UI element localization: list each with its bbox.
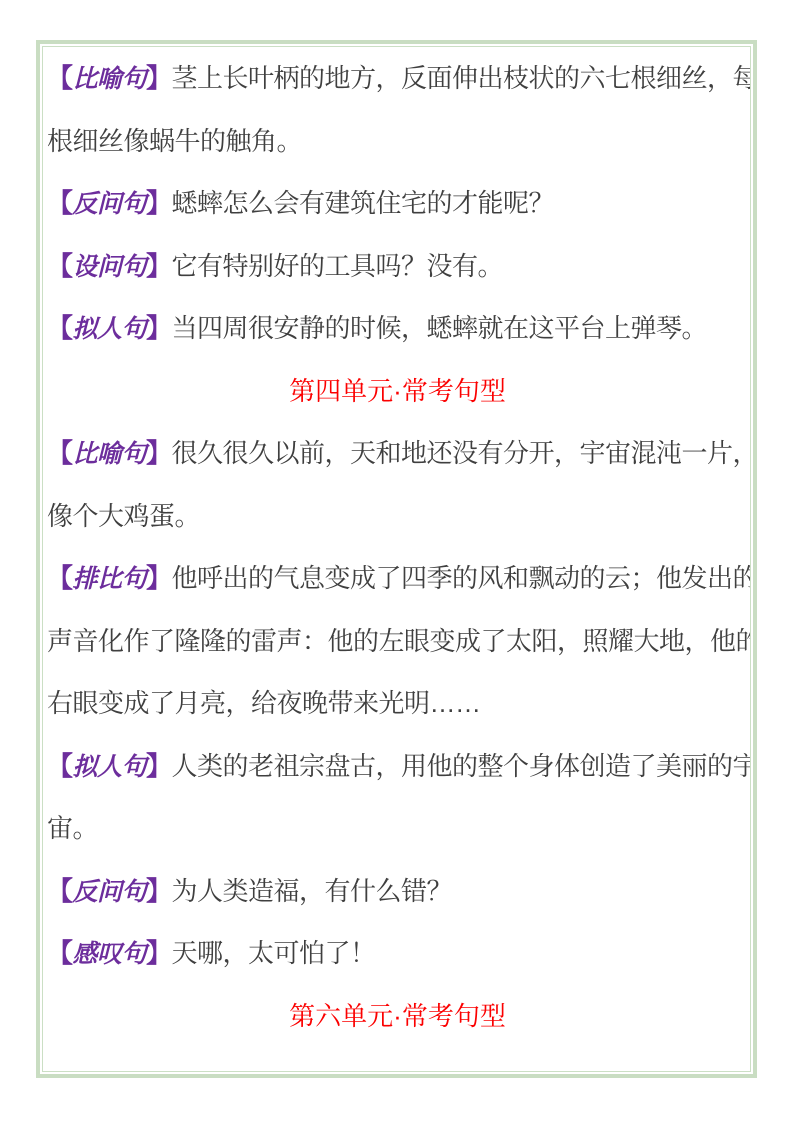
sentence-text: 它有特别好的工具吗？没有。 <box>172 251 504 281</box>
label-text: 设问句 <box>73 254 147 281</box>
label-text: 反问句 <box>73 191 147 218</box>
label-text: 拟人句 <box>73 754 147 781</box>
sentence-type-label: 【比喻句】 <box>47 63 172 93</box>
sentence-text: 宙。 <box>47 813 98 843</box>
open-bracket: 【 <box>47 876 73 906</box>
text-line: 【设问句】它有特别好的工具吗？没有。 <box>47 235 748 298</box>
label-text: 感叹句 <box>73 941 147 968</box>
open-bracket: 【 <box>47 938 73 968</box>
text-line: 【反问句】为人类造福，有什么错？ <box>47 860 748 923</box>
sentence-text: 人类的老祖宗盘古，用他的整个身体创造了美丽的宇 <box>172 751 750 781</box>
sentence-text: 很久很久以前，天和地还没有分开，宇宙混沌一片， <box>172 438 750 468</box>
close-bracket: 】 <box>146 188 172 218</box>
close-bracket: 】 <box>146 251 172 281</box>
document-body: 【比喻句】茎上长叶柄的地方，反面伸出枝状的六七根细丝，每根细丝像蜗牛的触角。【反… <box>43 47 750 1071</box>
close-bracket: 】 <box>146 438 172 468</box>
text-line: 【拟人句】人类的老祖宗盘古，用他的整个身体创造了美丽的宇 <box>47 735 748 798</box>
close-bracket: 】 <box>146 63 172 93</box>
sentence-text: 根细丝像蜗牛的触角。 <box>47 126 302 156</box>
open-bracket: 【 <box>47 251 73 281</box>
text-line: 宙。 <box>47 797 748 860</box>
label-text: 比喻句 <box>73 441 147 468</box>
sentence-type-label: 【排比句】 <box>47 563 172 593</box>
text-line: 【拟人句】当四周很安静的时候，蟋蟀就在这平台上弹琴。 <box>47 297 748 360</box>
sentence-type-label: 【感叹句】 <box>47 938 172 968</box>
text-line: 根细丝像蜗牛的触角。 <box>47 110 748 173</box>
text-line: 像个大鸡蛋。 <box>47 485 748 548</box>
text-line: 【比喻句】很久很久以前，天和地还没有分开，宇宙混沌一片， <box>47 422 748 485</box>
sentence-type-label: 【反问句】 <box>47 188 172 218</box>
text-line: 声音化作了隆隆的雷声：他的左眼变成了太阳，照耀大地，他的 <box>47 610 748 673</box>
sentence-type-label: 【反问句】 <box>47 876 172 906</box>
open-bracket: 【 <box>47 751 73 781</box>
text-line: 【排比句】他呼出的气息变成了四季的风和飘动的云；他发出的 <box>47 547 748 610</box>
sentence-text: 他呼出的气息变成了四季的风和飘动的云；他发出的 <box>172 563 750 593</box>
text-line: 右眼变成了月亮，给夜晚带来光明…… <box>47 672 748 735</box>
green-frame-outer: 【比喻句】茎上长叶柄的地方，反面伸出枝状的六七根细丝，每根细丝像蜗牛的触角。【反… <box>36 40 757 1078</box>
open-bracket: 【 <box>47 313 73 343</box>
sentence-type-label: 【拟人句】 <box>47 751 172 781</box>
close-bracket: 】 <box>146 751 172 781</box>
sentence-type-label: 【设问句】 <box>47 251 172 281</box>
close-bracket: 】 <box>146 876 172 906</box>
sentence-type-label: 【比喻句】 <box>47 438 172 468</box>
sentence-text: 茎上长叶柄的地方，反面伸出枝状的六七根细丝，每 <box>172 63 750 93</box>
open-bracket: 【 <box>47 63 73 93</box>
sentence-text: 像个大鸡蛋。 <box>47 501 200 531</box>
page: 【比喻句】茎上长叶柄的地方，反面伸出枝状的六七根细丝，每根细丝像蜗牛的触角。【反… <box>0 0 793 1122</box>
label-text: 反问句 <box>73 879 147 906</box>
sentence-text: 右眼变成了月亮，给夜晚带来光明…… <box>47 688 481 718</box>
text-line: 【比喻句】茎上长叶柄的地方，反面伸出枝状的六七根细丝，每 <box>47 47 748 110</box>
section-heading: 第六单元·常考句型 <box>47 985 748 1048</box>
green-frame-inner: 【比喻句】茎上长叶柄的地方，反面伸出枝状的六七根细丝，每根细丝像蜗牛的触角。【反… <box>42 46 751 1072</box>
sentence-text: 为人类造福，有什么错？ <box>172 876 453 906</box>
close-bracket: 】 <box>146 563 172 593</box>
label-text: 排比句 <box>73 566 147 593</box>
text-line: 【反问句】蟋蟀怎么会有建筑住宅的才能呢？ <box>47 172 748 235</box>
sentence-text: 当四周很安静的时候，蟋蟀就在这平台上弹琴。 <box>172 313 708 343</box>
open-bracket: 【 <box>47 563 73 593</box>
label-text: 拟人句 <box>73 316 147 343</box>
sentence-text: 声音化作了隆隆的雷声：他的左眼变成了太阳，照耀大地，他的 <box>47 626 750 656</box>
open-bracket: 【 <box>47 438 73 468</box>
open-bracket: 【 <box>47 188 73 218</box>
close-bracket: 】 <box>146 313 172 343</box>
label-text: 比喻句 <box>73 66 147 93</box>
sentence-text: 蟋蟀怎么会有建筑住宅的才能呢？ <box>172 188 555 218</box>
sentence-text: 天哪，太可怕了！ <box>172 938 376 968</box>
section-heading: 第四单元·常考句型 <box>47 360 748 423</box>
sentence-type-label: 【拟人句】 <box>47 313 172 343</box>
close-bracket: 】 <box>146 938 172 968</box>
text-line: 【感叹句】天哪，太可怕了！ <box>47 922 748 985</box>
